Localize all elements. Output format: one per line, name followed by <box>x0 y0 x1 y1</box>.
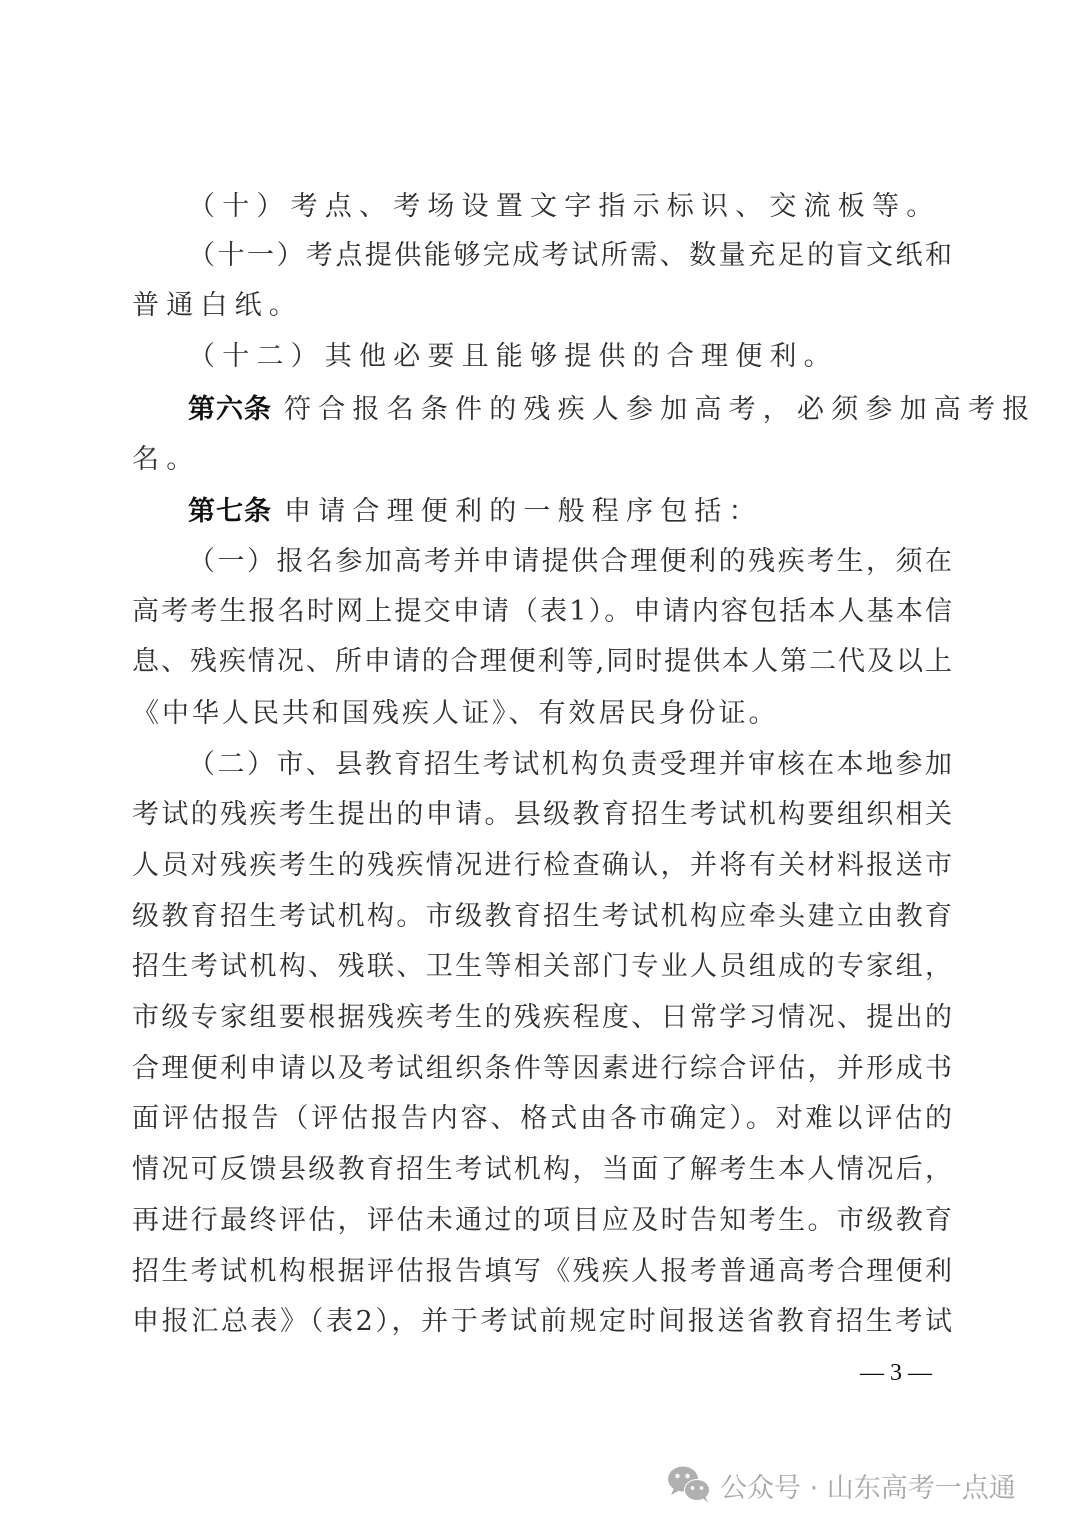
paragraph-line: （十）考点、考场设置文字指示标识、交流板等。 <box>188 187 952 227</box>
line-text: （一）报名参加高考并申请提供合理便利的残疾考生，须在 <box>188 546 952 577</box>
line-text: 招生考试机构、残联、卫生等相关部门专业人员组成的专家组， <box>132 951 952 982</box>
line-text: 名。 <box>132 444 200 475</box>
paragraph-line: 再进行最终评估，评估未通过的项目应及时告知考生。市级教育 <box>132 1201 952 1241</box>
line-text: 申请合理便利的一般程序包括： <box>284 496 763 527</box>
article-heading: 第六条 <box>188 394 272 425</box>
line-text: 级教育招生考试机构。市级教育招生考试机构应牵头建立由教育 <box>132 901 952 932</box>
line-text: 招生考试机构根据评估报告填写《残疾人报考普通高考合理便利 <box>132 1256 952 1287</box>
line-text: （十一）考点提供能够完成考试所需、数量充足的盲文纸和 <box>188 240 952 271</box>
line-text: （十二）其他必要且能够提供的合理便利。 <box>188 341 838 372</box>
line-text: （二）市、县教育招生考试机构负责受理并审核在本地参加 <box>188 749 952 780</box>
paragraph-line: （二）市、县教育招生考试机构负责受理并审核在本地参加 <box>188 745 952 785</box>
line-text: 《中华人民共和国残疾人证》、有效居民身份证。 <box>132 698 779 729</box>
line-text: 人员对残疾考生的残疾情况进行检查确认，并将有关材料报送市 <box>132 850 952 881</box>
line-text: 情况可反馈县级教育招生考试机构，当面了解考生本人情况后， <box>132 1154 952 1185</box>
article-heading: 第七条 <box>188 496 272 527</box>
paragraph-line: 息、残疾情况、所申请的合理便利等,同时提供本人第二代及以上 <box>132 642 952 682</box>
line-text: 申报汇总表》（表2），并于考试前规定时间报送省教育招生考试 <box>132 1306 952 1337</box>
page-number: — 3 — <box>860 1355 932 1391</box>
article-7-line: 第七条申请合理便利的一般程序包括： <box>188 492 952 532</box>
paragraph-line: 申报汇总表》（表2），并于考试前规定时间报送省教育招生考试 <box>132 1302 952 1342</box>
line-text: 合理便利申请以及考试组织条件等因素进行综合评估，并形成书 <box>132 1053 952 1084</box>
paragraph-line: （十一）考点提供能够完成考试所需、数量充足的盲文纸和 <box>188 236 952 276</box>
paragraph-line: 市级专家组要根据残疾考生的残疾程度、日常学习情况、提出的 <box>132 998 952 1038</box>
paragraph-line: 面评估报告（评估报告内容、格式由各市确定）。对难以评估的 <box>132 1099 952 1139</box>
paragraph-line: （十二）其他必要且能够提供的合理便利。 <box>188 337 952 377</box>
paragraph-line: 名。 <box>132 440 952 480</box>
line-text: 面评估报告（评估报告内容、格式由各市确定）。对难以评估的 <box>132 1103 952 1134</box>
paragraph-line: 《中华人民共和国残疾人证》、有效居民身份证。 <box>132 694 952 734</box>
line-text: 普通白纸。 <box>132 290 303 321</box>
paragraph-line: 人员对残疾考生的残疾情况进行检查确认，并将有关材料报送市 <box>132 846 952 886</box>
paragraph-line: 普通白纸。 <box>132 286 952 326</box>
paragraph-line: 合理便利申请以及考试组织条件等因素进行综合评估，并形成书 <box>132 1049 952 1089</box>
paragraph-line: （一）报名参加高考并申请提供合理便利的残疾考生，须在 <box>188 542 952 582</box>
line-text: 市级专家组要根据残疾考生的残疾程度、日常学习情况、提出的 <box>132 1002 952 1033</box>
document-page: （十）考点、考场设置文字指示标识、交流板等。 （十一）考点提供能够完成考试所需、… <box>0 0 1080 1527</box>
line-text: 考试的残疾考生提出的申请。县级教育招生考试机构要组织相关 <box>132 799 952 830</box>
article-6-line: 第六条符合报名条件的残疾人参加高考，必须参加高考报 <box>188 390 952 430</box>
paragraph-line: 情况可反馈县级教育招生考试机构，当面了解考生本人情况后， <box>132 1150 952 1190</box>
line-text: 息、残疾情况、所申请的合理便利等,同时提供本人第二代及以上 <box>132 646 952 677</box>
paragraph-line: 级教育招生考试机构。市级教育招生考试机构应牵头建立由教育 <box>132 897 952 937</box>
line-text: 高考考生报名时网上提交申请（表1）。申请内容包括本人基本信 <box>132 596 952 627</box>
paragraph-line: 招生考试机构根据评估报告填写《残疾人报考普通高考合理便利 <box>132 1252 952 1292</box>
paragraph-line: 考试的残疾考生提出的申请。县级教育招生考试机构要组织相关 <box>132 795 952 835</box>
line-text: 再进行最终评估，评估未通过的项目应及时告知考生。市级教育 <box>132 1205 952 1236</box>
wechat-icon <box>666 1465 712 1505</box>
wechat-watermark: 公众号 · 山东高考一点通 <box>666 1462 1016 1508</box>
watermark-text: 公众号 · 山东高考一点通 <box>720 1466 1016 1505</box>
line-text: 符合报名条件的残疾人参加高考，必须参加高考报 <box>284 394 1036 425</box>
line-text: （十）考点、考场设置文字指示标识、交流板等。 <box>188 191 940 222</box>
paragraph-line: 招生考试机构、残联、卫生等相关部门专业人员组成的专家组， <box>132 947 952 987</box>
paragraph-line: 高考考生报名时网上提交申请（表1）。申请内容包括本人基本信 <box>132 592 952 632</box>
